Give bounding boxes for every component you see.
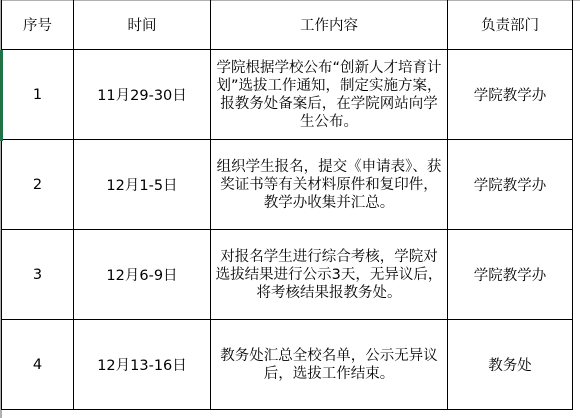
cell-index[interactable]: 1 [2, 50, 74, 140]
content-text: 对报名学生进行综合考核，学院对选拔结果进行公示3天，无异议后，将考核结果报教务处… [211, 248, 447, 302]
cell-dept[interactable]: 学院教学办 [448, 50, 573, 140]
cell-index[interactable]: 3 [2, 230, 74, 320]
cell-dept[interactable]: 教务处 [448, 320, 573, 410]
cell-content[interactable]: 教务处汇总全校名单，公示无异议后，选拔工作结束。 [211, 320, 448, 410]
header-index[interactable]: 序号 [2, 0, 74, 50]
cell-index[interactable]: 2 [2, 140, 74, 230]
cell-index[interactable]: 4 [2, 320, 74, 410]
cell-time[interactable]: 11月29-30日 [74, 50, 211, 140]
table-row: 4 12月13-16日 教务处汇总全校名单，公示无异议后，选拔工作结束。 教务处 [2, 320, 573, 410]
table-row: 3 12月6-9日 对报名学生进行综合考核，学院对选拔结果进行公示3天，无异议后… [2, 230, 573, 320]
content-text: 组织学生报名，提交《申请表》、获奖证书等有关材料原件和复印件，教学办收集并汇总。 [211, 158, 447, 212]
header-row: 序号 时间 工作内容 负责部门 [2, 0, 573, 50]
header-time[interactable]: 时间 [74, 0, 211, 50]
cell-time[interactable]: 12月13-16日 [74, 320, 211, 410]
schedule-table: 序号 时间 工作内容 负责部门 1 11月29-30日 学院根据学校公布“创新人… [1, 0, 573, 410]
table-row: 2 12月1-5日 组织学生报名，提交《申请表》、获奖证书等有关材料原件和复印件… [2, 140, 573, 230]
header-dept[interactable]: 负责部门 [448, 0, 573, 50]
row-selection-marker [0, 50, 3, 141]
content-text: 教务处汇总全校名单，公示无异议后，选拔工作结束。 [211, 347, 447, 383]
header-content[interactable]: 工作内容 [211, 0, 448, 50]
content-text: 学院根据学校公布“创新人才培育计划”选拔工作通知，制定实施方案，报教务处备案后，… [211, 59, 447, 131]
cell-dept[interactable]: 学院教学办 [448, 140, 573, 230]
cell-dept[interactable]: 学院教学办 [448, 230, 573, 320]
cell-content[interactable]: 组织学生报名，提交《申请表》、获奖证书等有关材料原件和复印件，教学办收集并汇总。 [211, 140, 448, 230]
cell-time[interactable]: 12月1-5日 [74, 140, 211, 230]
cell-content[interactable]: 对报名学生进行综合考核，学院对选拔结果进行公示3天，无异议后，将考核结果报教务处… [211, 230, 448, 320]
table-row: 1 11月29-30日 学院根据学校公布“创新人才培育计划”选拔工作通知，制定实… [2, 50, 573, 140]
cell-time[interactable]: 12月6-9日 [74, 230, 211, 320]
cell-content[interactable]: 学院根据学校公布“创新人才培育计划”选拔工作通知，制定实施方案，报教务处备案后，… [211, 50, 448, 140]
